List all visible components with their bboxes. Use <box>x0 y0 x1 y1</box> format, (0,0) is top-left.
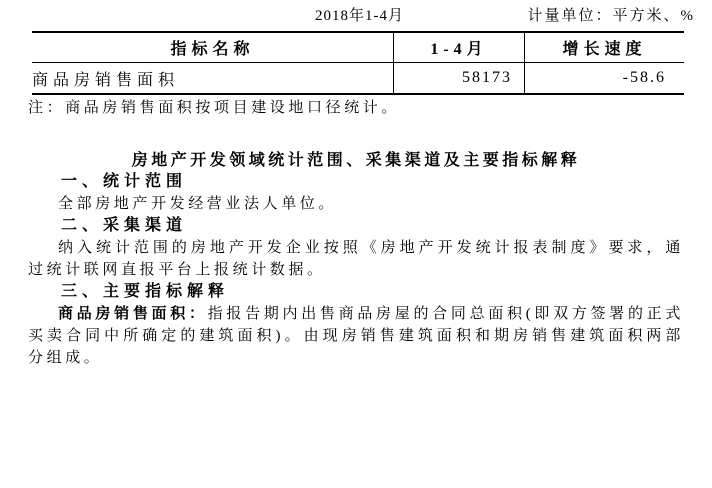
section-body-indicator-explanation: 商品房销售面积：指报告期内出售商品房屋的合同总面积(即双方签署的正式买卖合同中所… <box>28 303 684 369</box>
table-header-row: 指标名称 1-4月 增长速度 <box>32 32 684 63</box>
indicator-table: 指标名称 1-4月 增长速度 商品房销售面积 58173 -58.6 <box>32 31 684 95</box>
col-header-growth-rate: 增长速度 <box>525 32 685 63</box>
col-header-period: 1-4月 <box>394 32 525 63</box>
section-body-collection-channel: 纳入统计范围的房地产开发企业按照《房地产开发统计报表制度》要求，通过统计联网直报… <box>28 237 684 281</box>
table-row: 商品房销售面积 58173 -58.6 <box>32 63 684 95</box>
cell-growth-value: -58.6 <box>525 63 685 95</box>
document-page: 指标名称 1-4月 增长速度 商品房销售面积 58173 -58.6 注：商品房… <box>0 0 712 369</box>
section-heading-collection-channel: 二、采集渠道 <box>61 215 684 237</box>
term-label: 商品房销售面积： <box>58 306 208 322</box>
table-note: 注：商品房销售面积按项目建设地口径统计。 <box>28 98 684 118</box>
section-body-statistical-scope: 全部房地产开发经营业法人单位。 <box>28 193 684 215</box>
table-caption-row: 2018年1-4月 计量单位：平方米、% <box>0 0 712 31</box>
report-period: 2018年1-4月 <box>315 4 404 25</box>
section-heading-indicator-explanation: 三、主要指标解释 <box>61 281 684 303</box>
col-header-indicator-name: 指标名称 <box>32 32 394 63</box>
article-title: 房地产开发领域统计范围、采集渠道及主要指标解释 <box>28 150 684 171</box>
cell-indicator-name: 商品房销售面积 <box>32 63 394 95</box>
measure-unit-label: 计量单位：平方米、% <box>528 4 696 25</box>
cell-period-value: 58173 <box>394 63 525 95</box>
section-heading-statistical-scope: 一、统计范围 <box>61 171 684 193</box>
